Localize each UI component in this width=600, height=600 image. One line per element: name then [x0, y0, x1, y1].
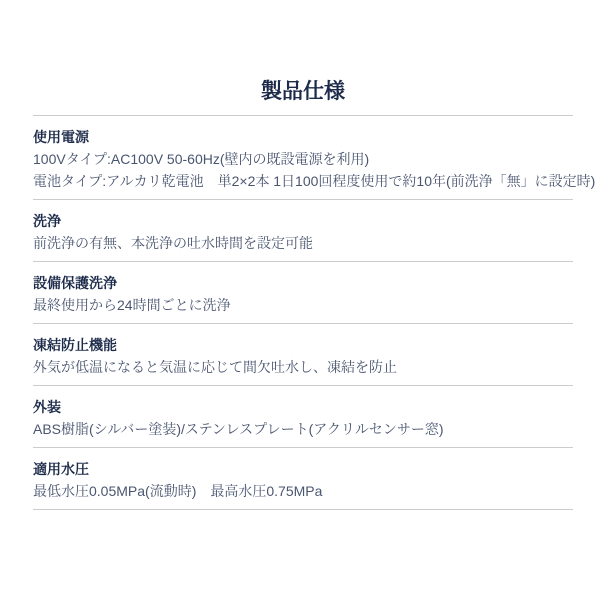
spec-text-exterior: ABS樹脂(シルバー塗装)/ステンレスプレート(アクリルセンサー窓): [33, 418, 573, 440]
spec-text-power-line2: 電池タイプ:アルカリ乾電池 単2×2本 1日100回程度使用で約10年(前洗浄「…: [33, 170, 573, 192]
spec-heading-water-pressure: 適用水圧: [33, 458, 573, 480]
spec-heading-freeze-prevention: 凍結防止機能: [33, 334, 573, 356]
section-divider: [33, 509, 573, 510]
spec-section-power: 使用電源 100Vタイプ:AC100V 50-60Hz(壁内の既設電源を利用) …: [33, 116, 573, 200]
spec-section-water-pressure: 適用水圧 最低水圧0.05MPa(流動時) 最高水圧0.75MPa: [33, 448, 573, 510]
spec-section-protective-washing: 設備保護洗浄 最終使用から24時間ごとに洗浄: [33, 262, 573, 324]
spec-heading-protective-washing: 設備保護洗浄: [33, 272, 573, 294]
spec-section-exterior: 外装 ABS樹脂(シルバー塗装)/ステンレスプレート(アクリルセンサー窓): [33, 386, 573, 448]
spec-heading-exterior: 外装: [33, 396, 573, 418]
product-spec-page: 製品仕様 使用電源 100Vタイプ:AC100V 50-60Hz(壁内の既設電源…: [0, 0, 600, 510]
spec-text-power-line1: 100Vタイプ:AC100V 50-60Hz(壁内の既設電源を利用): [33, 148, 573, 170]
spec-heading-washing: 洗浄: [33, 210, 573, 232]
spec-text-protective-washing: 最終使用から24時間ごとに洗浄: [33, 294, 573, 316]
spec-text-water-pressure: 最低水圧0.05MPa(流動時) 最高水圧0.75MPa: [33, 480, 573, 502]
spec-text-washing: 前洗浄の有無、本洗浄の吐水時間を設定可能: [33, 232, 573, 254]
spec-section-washing: 洗浄 前洗浄の有無、本洗浄の吐水時間を設定可能: [33, 200, 573, 262]
spec-heading-power: 使用電源: [33, 126, 573, 148]
page-title: 製品仕様: [33, 78, 573, 106]
spec-text-freeze-prevention: 外気が低温になると気温に応じて間欠吐水し、凍結を防止: [33, 356, 573, 378]
spec-section-freeze-prevention: 凍結防止機能 外気が低温になると気温に応じて間欠吐水し、凍結を防止: [33, 324, 573, 386]
